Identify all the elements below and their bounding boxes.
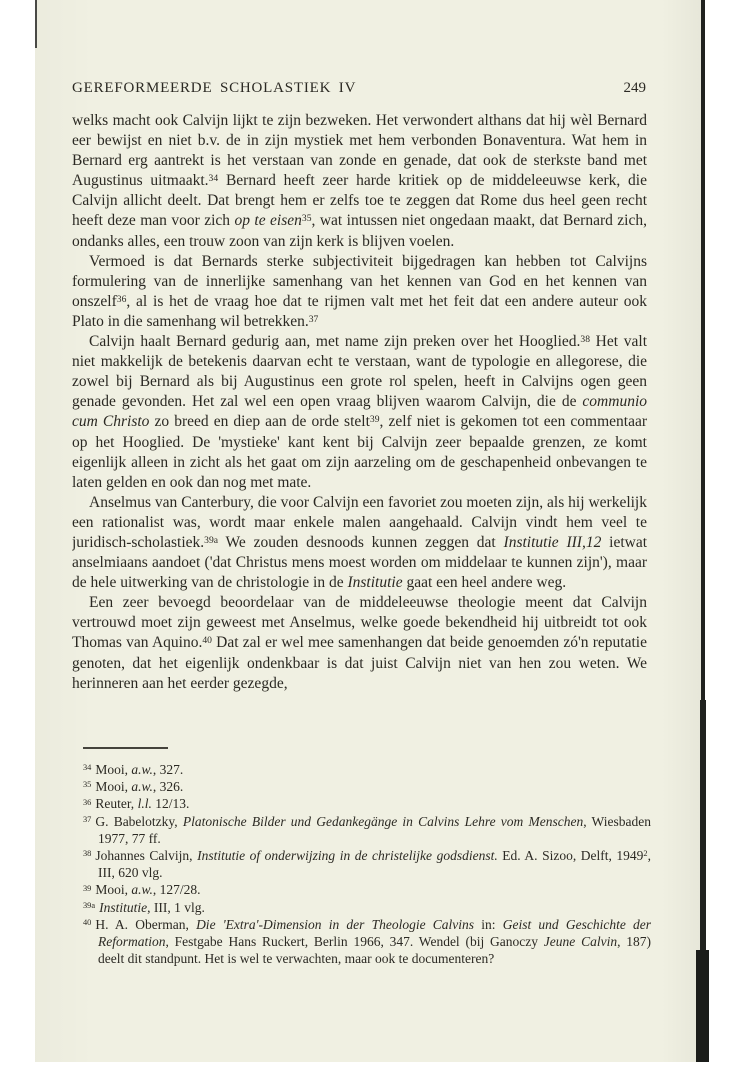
footnote-marker: 37 (83, 815, 91, 824)
footnote-marker: 39 (83, 884, 91, 893)
footnote: 37G. Babelotzky, Platonische Bilder und … (83, 813, 651, 847)
scan-right-edge-band (696, 950, 709, 1062)
superscript-ref: 2 (643, 849, 647, 858)
text-run: Johannes Calvijn, (95, 848, 197, 863)
running-head-title: GEREFORMEERDE SCHOLASTIEK IV (72, 80, 356, 97)
superscript-ref: 37 (309, 314, 319, 325)
italic-text-run: Institutie (347, 574, 402, 591)
body-paragraphs: welks macht ook Calvijn lijkt te zijn be… (72, 111, 647, 753)
text-run: Mooi, (95, 762, 131, 777)
footnote: 35Mooi, a.w., 326. (83, 778, 651, 795)
text-run: Ed. A. Sizoo, Delft, 1949 (498, 848, 644, 863)
footnote: 40H. A. Oberman, Die 'Extra'-Dimension i… (83, 916, 651, 968)
paragraph: Vermoed is dat Bernards sterke subjectiv… (72, 252, 647, 332)
superscript-ref: 36 (117, 294, 127, 305)
paragraph: welks macht ook Calvijn lijkt te zijn be… (72, 111, 647, 252)
text-run: , Festgabe Hans Ruckert, Berlin 1966, 34… (166, 934, 544, 949)
text-run: H. A. Oberman, (95, 917, 196, 932)
page-number: 249 (624, 80, 647, 97)
italic-text-run: a.w. (131, 882, 153, 897)
italic-text-run: l.l. (138, 796, 152, 811)
footnote-marker: 40 (83, 918, 91, 927)
italic-text-run: a.w. (131, 762, 153, 777)
superscript-ref: 39 (370, 414, 380, 425)
paragraph: Calvijn haalt Bernard gedurig aan, met n… (72, 332, 647, 493)
footnote-marker: 35 (83, 780, 91, 789)
text-run: Reuter, (95, 796, 137, 811)
italic-text-run: Institutie III,12 (504, 534, 602, 551)
text-run: , al is het de vraag hoe dat te rijmen v… (72, 293, 647, 330)
superscript-ref: 40 (202, 635, 212, 646)
superscript-ref: 39a (204, 535, 218, 546)
scan-left-edge-line (35, 0, 37, 48)
italic-text-run: Die 'Extra'-Dimension in der Theologie C… (196, 917, 474, 932)
text-run: gaat een heel andere weg. (403, 574, 567, 591)
paragraph: Anselmus van Canterbury, die voor Calvij… (72, 493, 647, 593)
running-head: GEREFORMEERDE SCHOLASTIEK IV 249 (72, 80, 646, 97)
text-run: 12/13. (152, 796, 190, 811)
italic-text-run: a.w. (131, 779, 153, 794)
italic-text-run: Jeune Calvin (544, 934, 617, 949)
scan-right-edge-band (700, 700, 706, 950)
italic-text-run: Institutie (99, 900, 147, 915)
footnote: 36Reuter, l.l. 12/13. (83, 795, 651, 812)
footnote: 38Johannes Calvijn, Institutie of onderw… (83, 847, 651, 881)
footnote-marker: 34 (83, 763, 91, 772)
footnote: 39Mooi, a.w., 127/28. (83, 881, 651, 898)
italic-text-run: Institutie of onderwijzing in de christe… (197, 848, 498, 863)
footnotes-list: 34Mooi, a.w., 327.35Mooi, a.w., 326.36Re… (83, 761, 651, 967)
footnote: 39aInstitutie, III, 1 vlg. (83, 899, 651, 916)
superscript-ref: 35 (302, 213, 312, 224)
footnote-marker: 38 (83, 849, 91, 858)
paragraph: Een zeer bevoegd beoordelaar van de midd… (72, 593, 647, 693)
scan-right-edge-band (701, 0, 705, 700)
text-run: G. Babelotzky, (95, 814, 183, 829)
superscript-ref: 34 (209, 173, 219, 184)
text-run: Mooi, (95, 882, 131, 897)
footnote-marker: 36 (83, 798, 91, 807)
text-run: Mooi, (95, 779, 131, 794)
text-run: zo breed en diep aan de orde stelt (149, 413, 369, 430)
text-run: , 127/28. (153, 882, 201, 897)
text-run: , III, 1 vlg. (147, 900, 205, 915)
text-run: in: (474, 917, 503, 932)
italic-text-run: op te eisen (234, 212, 301, 229)
text-run: We zouden desnoods kunnen zeggen dat (218, 534, 504, 551)
text-run: , 326. (153, 779, 183, 794)
text-run: Calvijn haalt Bernard gedurig aan, met n… (89, 333, 580, 350)
footnote: 34Mooi, a.w., 327. (83, 761, 651, 778)
footnote-separator-rule (83, 747, 168, 749)
italic-text-run: Platonische Bilder und Gedankegänge in C… (183, 814, 583, 829)
scanned-book-page: { "header": { "title": "GEREFORMEERDE SC… (0, 0, 738, 1068)
superscript-ref: 38 (580, 334, 590, 345)
footnote-marker: 39a (83, 901, 95, 910)
text-run: , 327. (153, 762, 183, 777)
